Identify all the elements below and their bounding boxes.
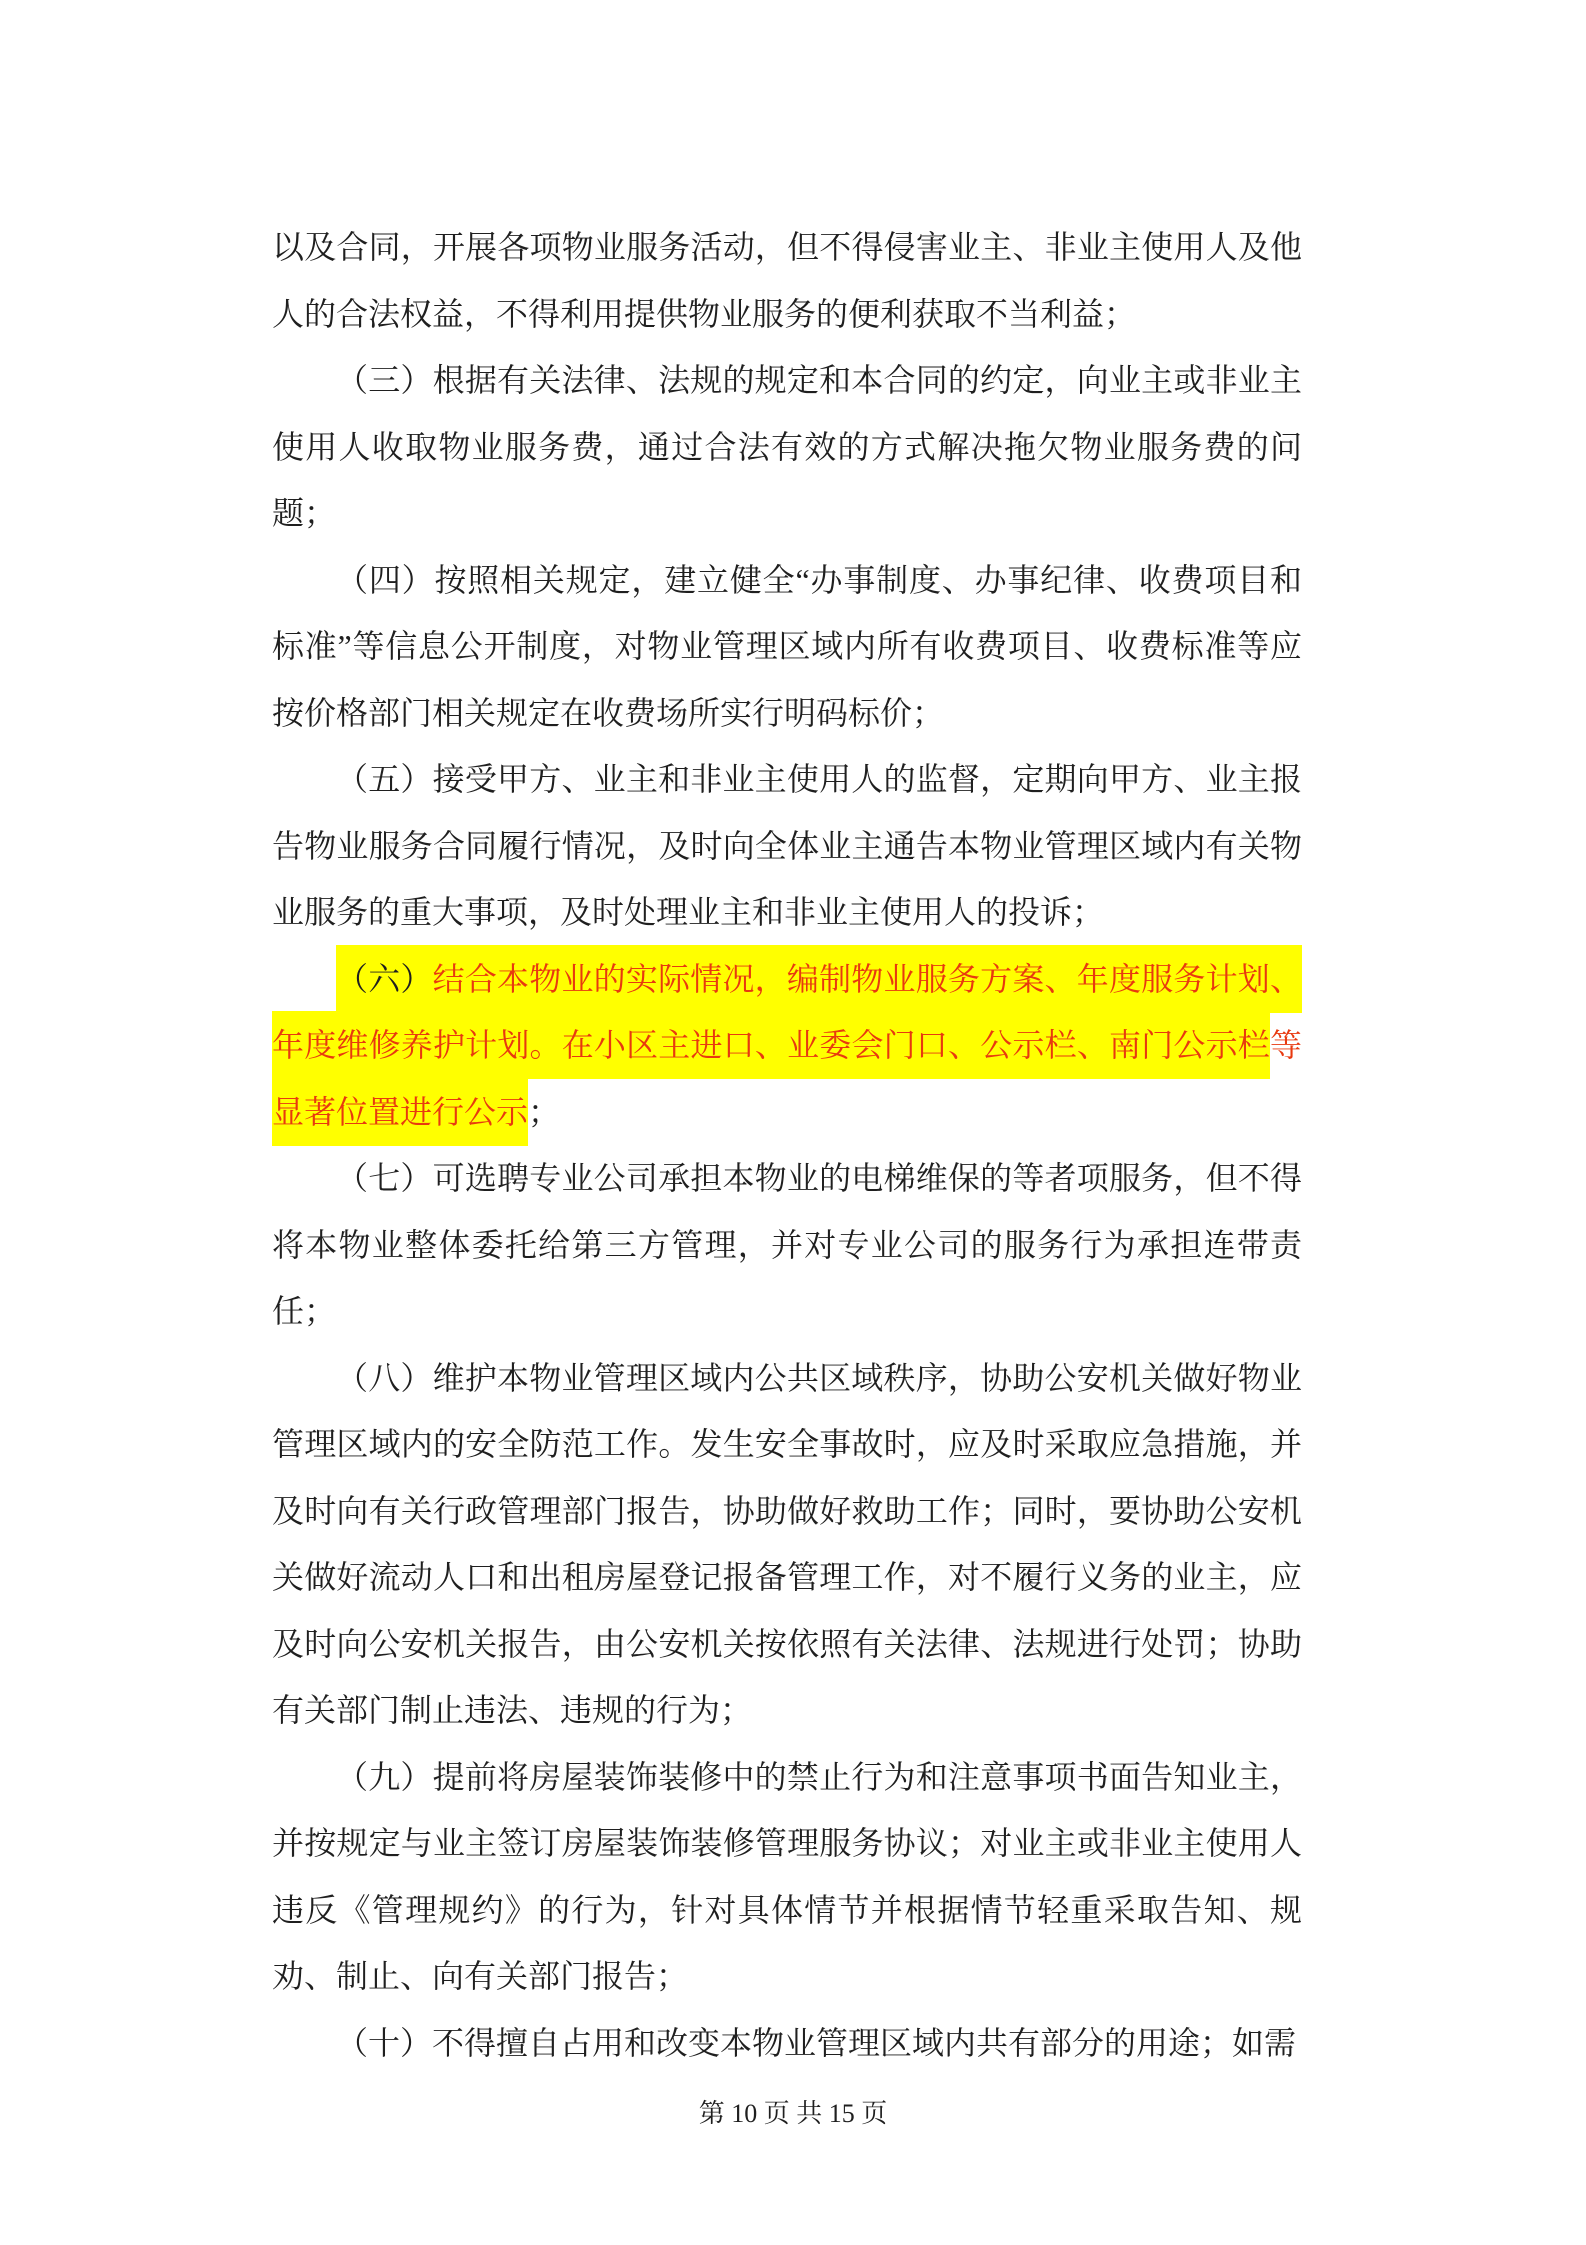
highlighted-text-segment: 显著位置进行公示 bbox=[272, 1078, 528, 1146]
paragraph: （十）不得擅自占用和改变本物业管理区域内共有部分的用途；如需 bbox=[272, 2010, 1302, 2077]
highlighted-text-segment: （六） bbox=[336, 945, 433, 1013]
text-segment: 等 bbox=[1270, 1027, 1302, 1063]
paragraph: （六）结合本物业的实际情况，编制物业服务方案、年度服务计划、年度维修养护计划。在… bbox=[272, 946, 1302, 1146]
page-footer: 第 10 页 共 15 页 bbox=[0, 2094, 1586, 2134]
text-segment: （九）提前将房屋装饰装修中的禁止行为和注意事项书面告知业主，并按规定与业主签订房… bbox=[272, 1759, 1302, 1995]
paragraph: （八）维护本物业管理区域内公共区域秩序，协助公安机关做好物业管理区域内的安全防范… bbox=[272, 1345, 1302, 1744]
text-segment: ； bbox=[528, 1094, 560, 1130]
paragraph: （五）接受甲方、业主和非业主使用人的监督，定期向甲方、业主报告物业服务合同履行情… bbox=[272, 746, 1302, 946]
paragraph: （七）可选聘专业公司承担本物业的电梯维保的等者项服务，但不得将本物业整体委托给第… bbox=[272, 1145, 1302, 1345]
text-segment: 以及合同，开展各项物业服务活动，但不得侵害业主、非业主使用人及他人的合法权益，不… bbox=[272, 229, 1302, 332]
text-segment: （十）不得擅自占用和改变本物业管理区域内共有部分的用途；如需 bbox=[336, 2025, 1296, 2061]
paragraph: 以及合同，开展各项物业服务活动，但不得侵害业主、非业主使用人及他人的合法权益，不… bbox=[272, 214, 1302, 347]
text-segment: （八）维护本物业管理区域内公共区域秩序，协助公安机关做好物业管理区域内的安全防范… bbox=[272, 1360, 1302, 1729]
text-segment: （三）根据有关法律、法规的规定和本合同的约定，向业主或非业主使用人收取物业服务费… bbox=[272, 362, 1302, 531]
paragraph: （四）按照相关规定，建立健全“办事制度、办事纪律、收费项目和标准”等信息公开制度… bbox=[272, 547, 1302, 747]
text-segment: （五）接受甲方、业主和非业主使用人的监督，定期向甲方、业主报告物业服务合同履行情… bbox=[272, 761, 1302, 930]
paragraph: （三）根据有关法律、法规的规定和本合同的约定，向业主或非业主使用人收取物业服务费… bbox=[272, 347, 1302, 547]
paragraph: （九）提前将房屋装饰装修中的禁止行为和注意事项书面告知业主，并按规定与业主签订房… bbox=[272, 1744, 1302, 2010]
document-body: 以及合同，开展各项物业服务活动，但不得侵害业主、非业主使用人及他人的合法权益，不… bbox=[272, 214, 1302, 2076]
document-page: 以及合同，开展各项物业服务活动，但不得侵害业主、非业主使用人及他人的合法权益，不… bbox=[0, 0, 1586, 2245]
text-segment: （七）可选聘专业公司承担本物业的电梯维保的等者项服务，但不得将本物业整体委托给第… bbox=[272, 1160, 1302, 1329]
text-segment: （四）按照相关规定，建立健全“办事制度、办事纪律、收费项目和标准”等信息公开制度… bbox=[272, 562, 1302, 731]
